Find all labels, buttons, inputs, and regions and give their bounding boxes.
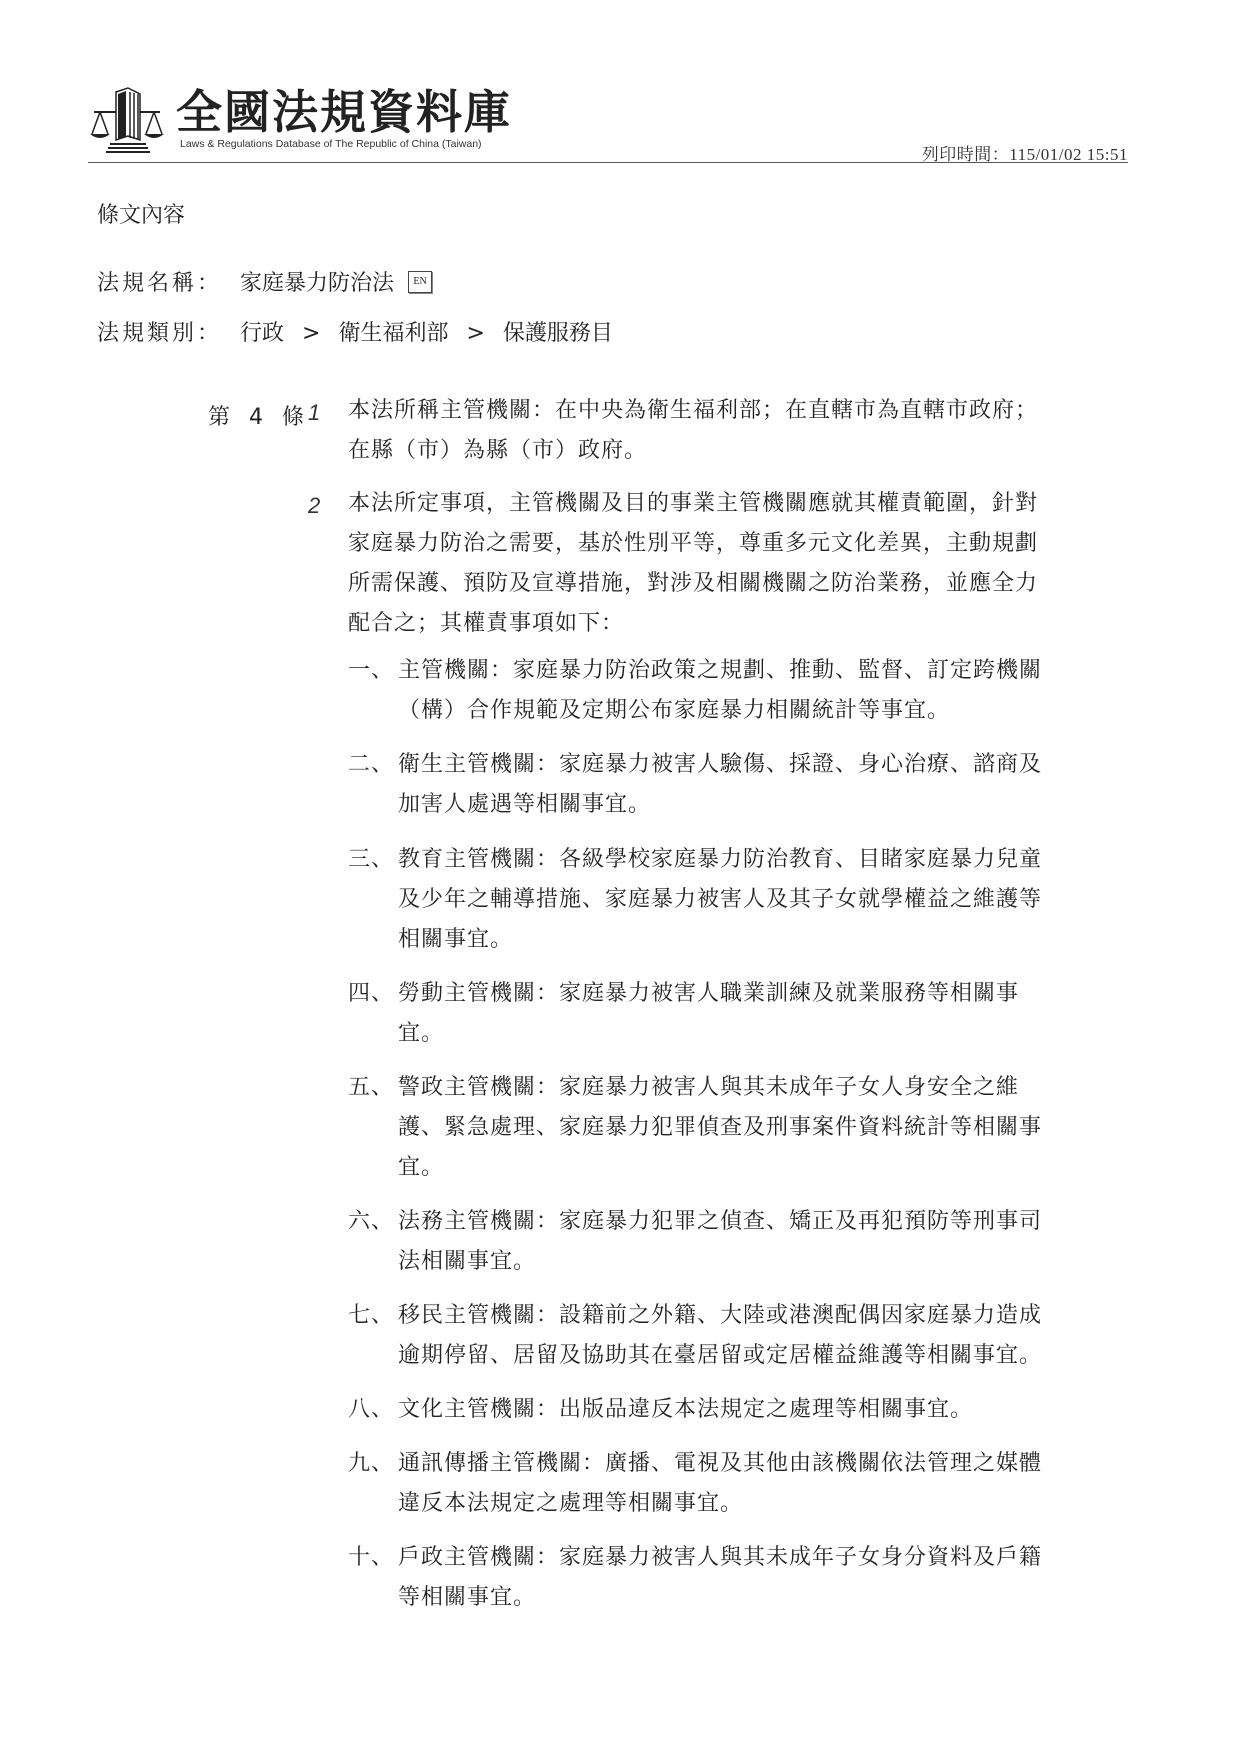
paragraph-line: 所需保護、預防及宣導措施，對涉及相關機關之防治業務，並應全力 [348,564,1128,604]
site-subtitle: Laws & Regulations Database of The Repub… [180,138,482,150]
law-category-label: 法規類別： [97,316,222,347]
english-version-icon[interactable]: EN [408,271,432,293]
law-name-row: 法規名稱： 家庭暴力防治法 EN [97,266,432,297]
header-divider [88,162,1128,163]
scales-book-logo-icon [88,82,166,154]
category-breadcrumb: 行政>衛生福利部>保護服務目 [240,316,613,347]
item-line: 及少年之輔導措施、家庭暴力被害人及其子女就學權益之維護等 [398,880,1128,920]
list-item: 二、 衛生主管機關：家庭暴力被害人驗傷、採證、身心治療、諮商及加害人處遇等相關事… [348,745,1128,825]
breadcrumb-separator: > [466,321,484,346]
item-line: 違反本法規定之處理等相關事宜。 [398,1484,1128,1524]
item-line: 宜。 [398,1014,1128,1054]
item-marker: 五、 [348,1068,394,1108]
item-line: 戶政主管機關：家庭暴力被害人與其未成年子女身分資料及戶籍 [398,1538,1128,1578]
item-line: 相關事宜。 [398,920,1128,960]
item-line: 逾期停留、居留及協助其在臺居留或定居權益維護等相關事宜。 [398,1336,1128,1376]
paragraph-number: 2 [308,493,320,519]
site-title: 全國法規資料庫 [176,76,512,142]
item-marker: 六、 [348,1202,394,1242]
paragraph-1: 1 本法所稱主管機關：在中央為衛生福利部；在直轄市為直轄市政府； 在縣（市）為縣… [348,400,1128,471]
item-line: 護、緊急處理、家庭暴力犯罪偵查及刑事案件資料統計等相關事 [398,1108,1128,1148]
item-marker: 九、 [348,1444,394,1484]
paragraph-2: 2 本法所定事項，主管機關及目的事業主管機關應就其權責範圍，針對 家庭暴力防治之… [348,493,1128,644]
item-line: 法相關事宜。 [398,1242,1128,1282]
breadcrumb-item[interactable]: 行政 [240,321,284,346]
item-line: 等相關事宜。 [398,1578,1128,1618]
item-line: 主管機關：家庭暴力防治政策之規劃、推動、監督、訂定跨機關 [398,651,1128,691]
list-item: 八、 文化主管機關：出版品違反本法規定之處理等相關事宜。 [348,1390,1128,1430]
section-title: 條文內容 [97,198,185,229]
item-line: 加害人處遇等相關事宜。 [398,785,1128,825]
list-item: 三、 教育主管機關：各級學校家庭暴力防治教育、目睹家庭暴力兒童及少年之輔導措施、… [348,840,1128,960]
item-marker: 四、 [348,974,394,1014]
list-item: 四、 勞動主管機關：家庭暴力被害人職業訓練及就業服務等相關事宜。 [348,974,1128,1054]
item-line: 衛生主管機關：家庭暴力被害人驗傷、採證、身心治療、諮商及 [398,745,1128,785]
item-marker: 一、 [348,651,394,691]
item-line: 移民主管機關：設籍前之外籍、大陸或港澳配偶因家庭暴力造成 [398,1296,1128,1336]
item-marker: 七、 [348,1296,394,1336]
breadcrumb-item[interactable]: 保護服務目 [503,321,613,346]
item-line: 警政主管機關：家庭暴力被害人與其未成年子女人身安全之維 [398,1068,1128,1108]
paragraph-number: 1 [308,400,320,426]
item-line: 教育主管機關：各級學校家庭暴力防治教育、目睹家庭暴力兒童 [398,840,1128,880]
item-marker: 十、 [348,1538,394,1578]
list-item: 一、 主管機關：家庭暴力防治政策之規劃、推動、監督、訂定跨機關（構）合作規範及定… [348,651,1128,731]
paragraph-line: 配合之；其權責事項如下： [348,604,1128,644]
item-line: 文化主管機關：出版品違反本法規定之處理等相關事宜。 [398,1390,1128,1430]
law-name-label: 法規名稱： [97,266,222,297]
law-category-row: 法規類別： 行政>衛生福利部>保護服務目 [97,316,613,347]
paragraph-line: 本法所定事項，主管機關及目的事業主管機關應就其權責範圍，針對 [348,484,1128,524]
item-line: 宜。 [398,1148,1128,1188]
law-name-value[interactable]: 家庭暴力防治法 [240,266,394,297]
breadcrumb-item[interactable]: 衛生福利部 [338,321,448,346]
paragraph-line: 家庭暴力防治之需要，基於性別平等，尊重多元文化差異，主動規劃 [348,524,1128,564]
list-item: 六、 法務主管機關：家庭暴力犯罪之偵查、矯正及再犯預防等刑事司法相關事宜。 [348,1202,1128,1282]
breadcrumb-separator: > [302,321,320,346]
article-number: 第 4 條 [208,400,310,431]
item-line: 法務主管機關：家庭暴力犯罪之偵查、矯正及再犯預防等刑事司 [398,1202,1128,1242]
page-header: 全國法規資料庫 Laws & Regulations Database of T… [88,82,1128,172]
list-item: 七、 移民主管機關：設籍前之外籍、大陸或港澳配偶因家庭暴力造成逾期停留、居留及協… [348,1296,1128,1376]
list-item: 十、 戶政主管機關：家庭暴力被害人與其未成年子女身分資料及戶籍等相關事宜。 [348,1538,1128,1618]
item-line: （構）合作規範及定期公布家庭暴力相關統計等事宜。 [398,691,1128,731]
paragraph-line: 本法所稱主管機關：在中央為衛生福利部；在直轄市為直轄市政府； [348,391,1128,431]
item-line: 通訊傳播主管機關：廣播、電視及其他由該機關依法管理之媒體 [398,1444,1128,1484]
list-item: 五、 警政主管機關：家庭暴力被害人與其未成年子女人身安全之維護、緊急處理、家庭暴… [348,1068,1128,1188]
item-marker: 二、 [348,745,394,785]
item-line: 勞動主管機關：家庭暴力被害人職業訓練及就業服務等相關事 [398,974,1128,1014]
paragraph-line: 在縣（市）為縣（市）政府。 [348,431,1128,471]
list-item: 九、 通訊傳播主管機關：廣播、電視及其他由該機關依法管理之媒體違反本法規定之處理… [348,1444,1128,1524]
item-marker: 八、 [348,1390,394,1430]
item-marker: 三、 [348,840,394,880]
